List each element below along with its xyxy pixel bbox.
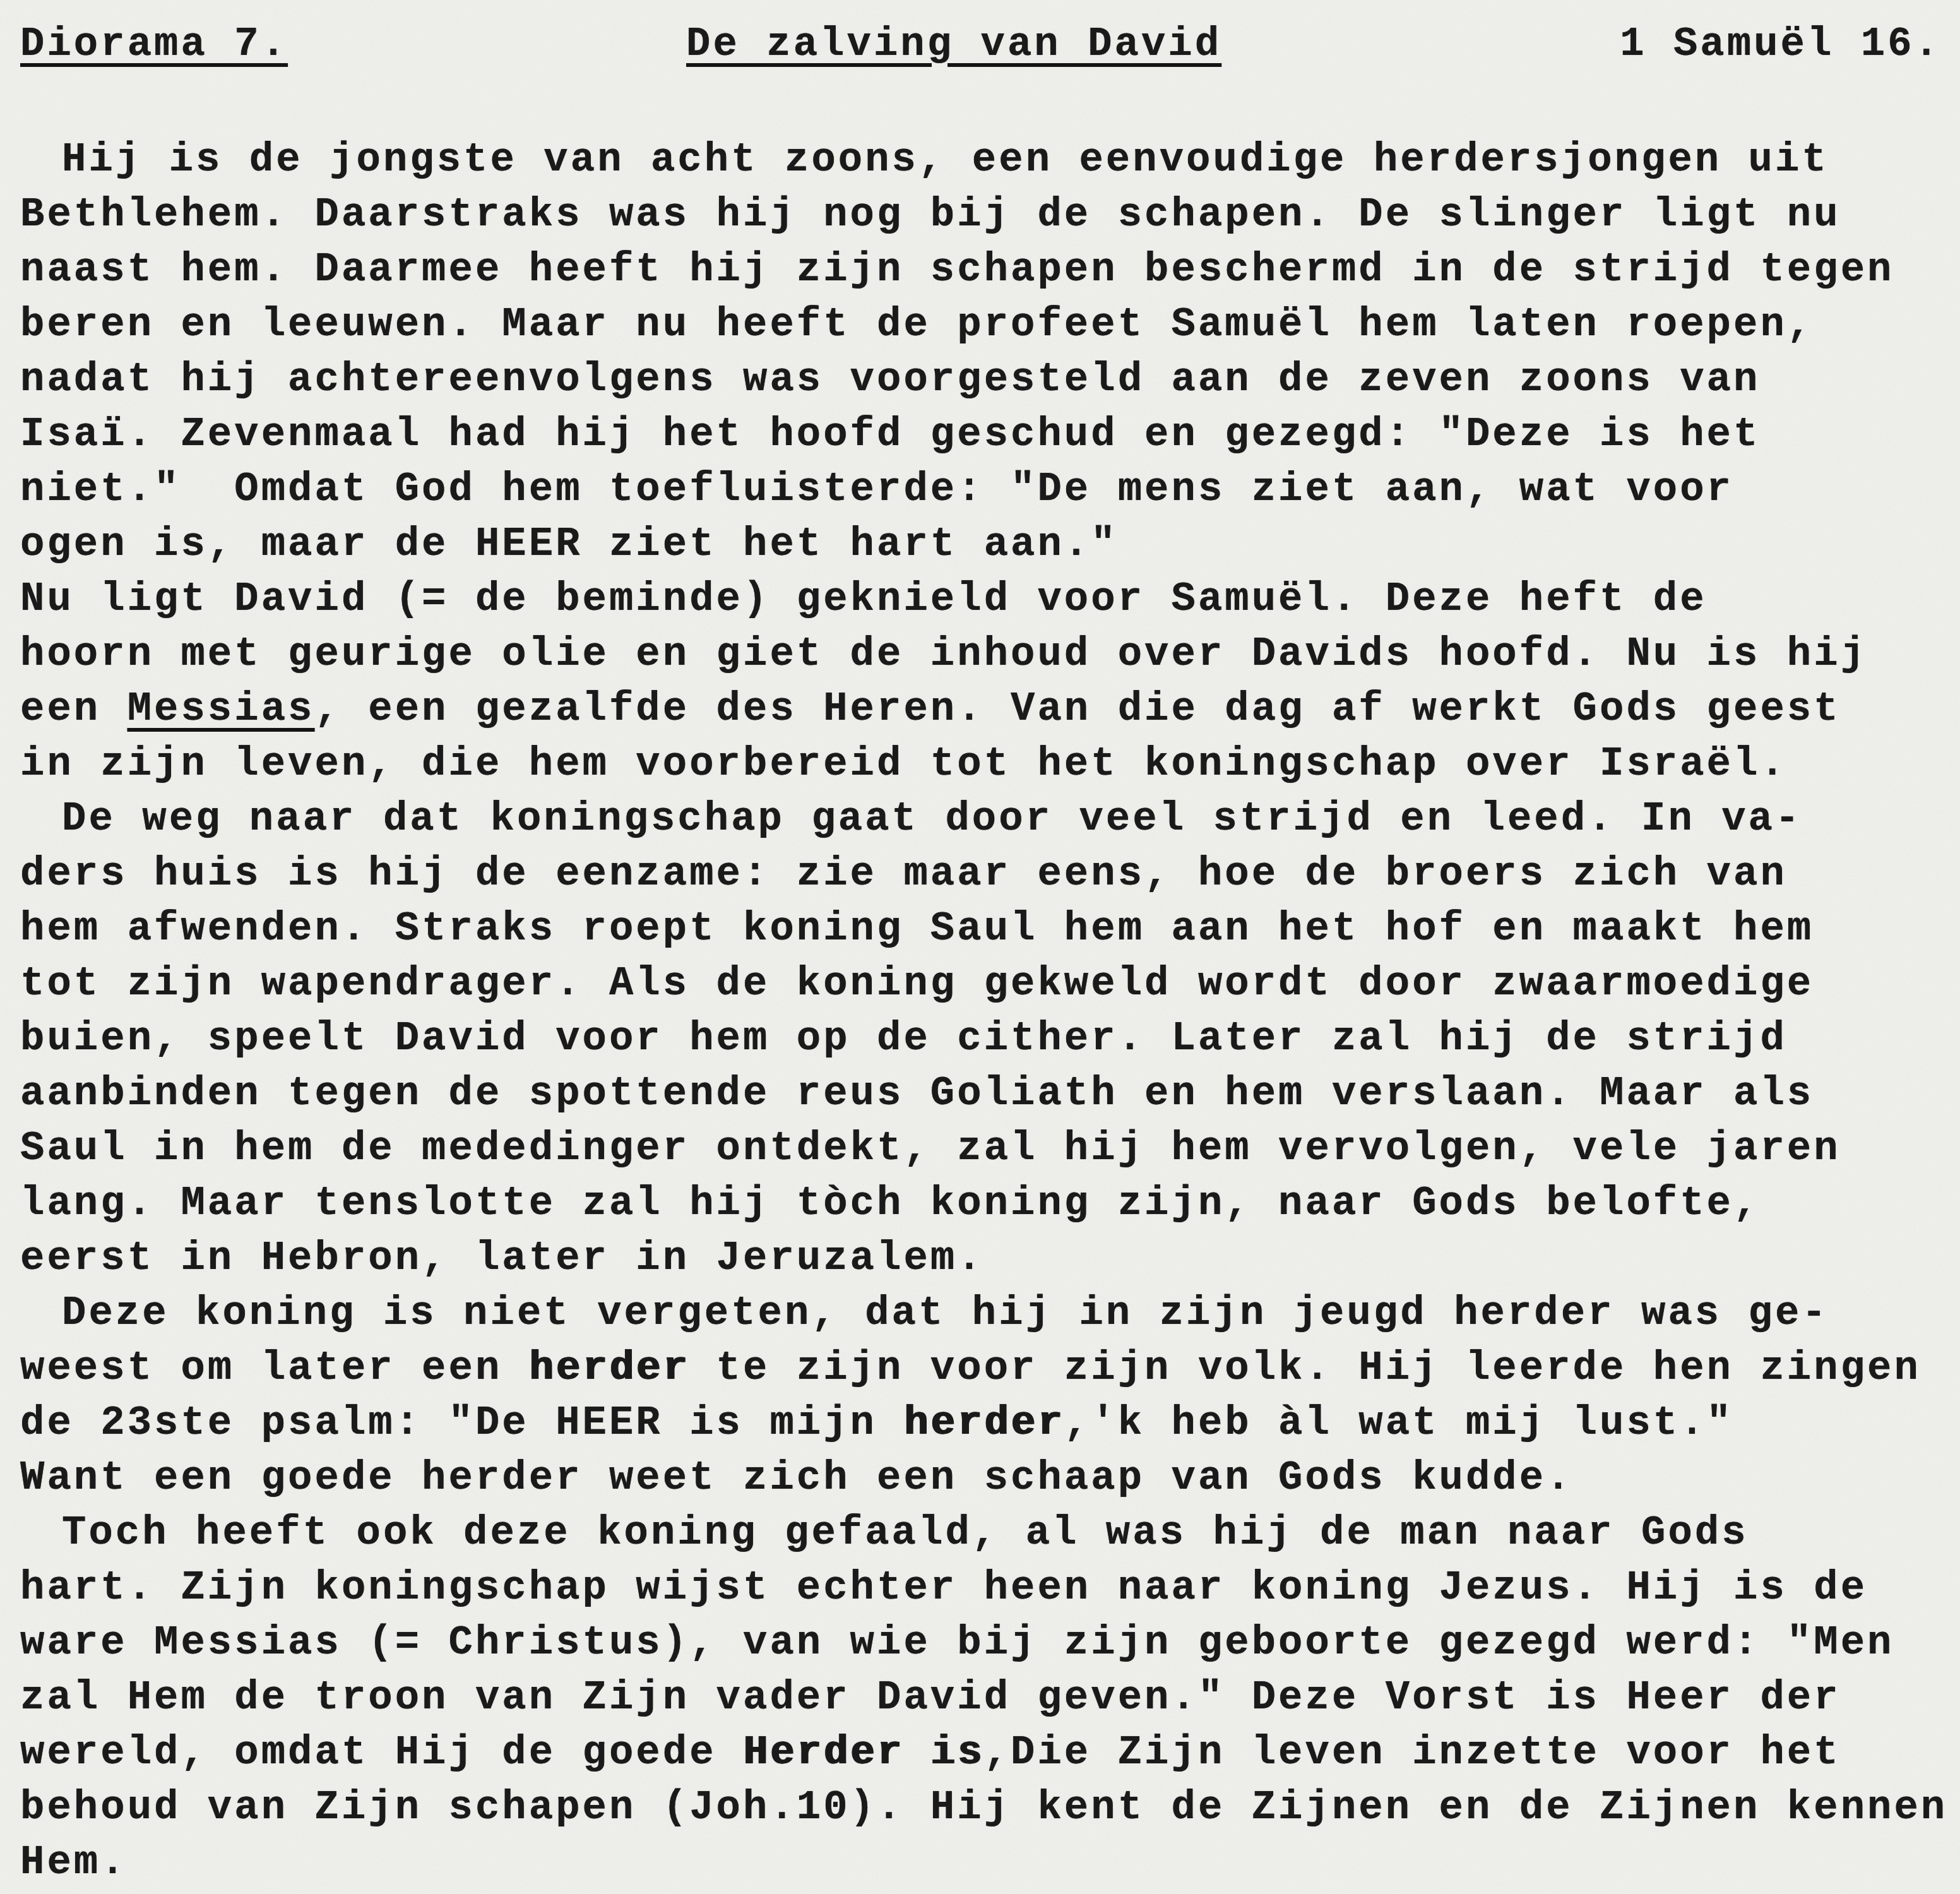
text-segment: lang. Maar tenslotte zal hij tòch koning… [20, 1181, 1760, 1227]
text-segment: Nu ligt David (= de beminde) geknield vo… [20, 577, 1707, 622]
text-segment: aanbinden tegen de spottende reus Goliat… [20, 1071, 1814, 1117]
text-line: Nu ligt David (= de beminde) geknield vo… [20, 573, 1941, 628]
text-segment: zal Hem de troon van Zijn vader David ge… [20, 1676, 1841, 1721]
text-segment: behoud van Zijn schapen (Joh.10). Hij ke… [20, 1785, 1947, 1831]
text-segment: wereld, omdat Hij de goede [20, 1730, 743, 1776]
text-line: weest om later een herder te zijn voor z… [20, 1342, 1941, 1397]
text-line: Saul in hem de mededinger ontdekt, zal h… [20, 1122, 1941, 1177]
text-segment: ,Die Zijn leven inzette voor het [984, 1730, 1841, 1776]
document-body: Hij is de jongste van acht zoons, een ee… [20, 133, 1941, 1891]
text-line: De weg naar dat koningschap gaat door ve… [20, 792, 1941, 847]
text-segment: Isaï. Zevenmaal had hij het hoofd geschu… [20, 412, 1760, 458]
paragraph: De weg naar dat koningschap gaat door ve… [20, 792, 1941, 1287]
text-segment: de 23ste psalm: "De HEER is mijn [20, 1401, 903, 1446]
text-line: buien, speelt David voor hem op de cithe… [20, 1012, 1941, 1067]
text-line: Want een goede herder weet zich een scha… [20, 1451, 1941, 1506]
text-line: tot zijn wapendrager. Als de koning gekw… [20, 957, 1941, 1012]
text-line: Hem. [20, 1836, 1941, 1891]
text-line: de 23ste psalm: "De HEER is mijn herder,… [20, 1397, 1941, 1451]
text-line: behoud van Zijn schapen (Joh.10). Hij ke… [20, 1781, 1941, 1836]
text-line: Isaï. Zevenmaal had hij het hoofd geschu… [20, 408, 1941, 463]
text-line: in zijn leven, die hem voorbereid tot he… [20, 737, 1941, 792]
paragraph: Hij is de jongste van acht zoons, een ee… [20, 133, 1941, 792]
bold-text: herder [529, 1346, 689, 1391]
text-line: nadat hij achtereenvolgens was voorgeste… [20, 353, 1941, 408]
text-segment: Hem. [20, 1840, 128, 1886]
text-segment: Want een goede herder weet zich een scha… [20, 1456, 1573, 1501]
text-line: ware Messias (= Christus), van wie bij z… [20, 1616, 1941, 1671]
text-segment: buien, speelt David voor hem op de cithe… [20, 1016, 1787, 1062]
text-segment: hart. Zijn koningschap wijst echter heen… [20, 1566, 1867, 1611]
text-segment: ders huis is hij de eenzame: zie maar ee… [20, 852, 1787, 897]
text-segment: Deze koning is niet vergeten, dat hij in… [62, 1291, 1829, 1337]
text-line: ders huis is hij de eenzame: zie maar ee… [20, 847, 1941, 902]
text-line: naast hem. Daarmee heeft hij zijn schape… [20, 243, 1941, 298]
bold-text: Herder is [743, 1730, 984, 1776]
paragraph: Toch heeft ook deze koning gefaald, al w… [20, 1506, 1941, 1891]
text-segment: beren en leeuwen. Maar nu heeft de profe… [20, 302, 1814, 348]
text-segment: te zijn voor zijn volk. Hij leerde hen z… [689, 1346, 1921, 1391]
text-segment: Bethlehem. Daarstraks was hij nog bij de… [20, 193, 1841, 238]
text-line: niet." Omdat God hem toefluisterde: "De … [20, 463, 1941, 518]
text-segment: ,'k heb àl wat mij lust." [1064, 1401, 1733, 1446]
text-segment: hem afwenden. Straks roept koning Saul h… [20, 907, 1814, 952]
underlined-text: Messias [128, 687, 315, 732]
text-line: hoorn met geurige olie en giet de inhoud… [20, 628, 1941, 682]
text-segment: eerst in Hebron, later in Jeruzalem. [20, 1236, 984, 1282]
page-inner: Diorama 7. De zalving van David 1 Samuël… [0, 0, 1960, 1891]
document-page: Diorama 7. De zalving van David 1 Samuël… [0, 0, 1960, 1894]
text-segment: ware Messias (= Christus), van wie bij z… [20, 1621, 1894, 1666]
text-line: een Messias, een gezalfde des Heren. Van… [20, 682, 1941, 737]
document-title: De zalving van David [686, 18, 1221, 73]
text-line: Deze koning is niet vergeten, dat hij in… [20, 1287, 1941, 1342]
text-line: Toch heeft ook deze koning gefaald, al w… [20, 1506, 1941, 1561]
text-line: hart. Zijn koningschap wijst echter heen… [20, 1561, 1941, 1616]
text-segment: hoorn met geurige olie en giet de inhoud… [20, 632, 1867, 677]
text-line: aanbinden tegen de spottende reus Goliat… [20, 1067, 1941, 1122]
text-line: Hij is de jongste van acht zoons, een ee… [20, 133, 1941, 188]
text-line: zal Hem de troon van Zijn vader David ge… [20, 1671, 1941, 1726]
paragraph: Deze koning is niet vergeten, dat hij in… [20, 1287, 1941, 1506]
text-line: hem afwenden. Straks roept koning Saul h… [20, 902, 1941, 957]
text-line: ogen is, maar de HEER ziet het hart aan.… [20, 518, 1941, 573]
text-line: wereld, omdat Hij de goede Herder is,Die… [20, 1726, 1941, 1781]
text-line: lang. Maar tenslotte zal hij tòch koning… [20, 1177, 1941, 1232]
text-segment: nadat hij achtereenvolgens was voorgeste… [20, 357, 1760, 403]
text-segment: tot zijn wapendrager. Als de koning gekw… [20, 962, 1814, 1007]
text-segment: in zijn leven, die hem voorbereid tot he… [20, 742, 1787, 787]
text-line: beren en leeuwen. Maar nu heeft de profe… [20, 298, 1941, 353]
text-segment: Toch heeft ook deze koning gefaald, al w… [62, 1511, 1749, 1556]
scripture-reference: 1 Samuël 16. [1620, 18, 1941, 73]
text-line: Bethlehem. Daarstraks was hij nog bij de… [20, 188, 1941, 243]
bold-text: herder [903, 1401, 1064, 1446]
diorama-number: Diorama 7. [20, 18, 288, 73]
text-segment: ogen is, maar de HEER ziet het hart aan.… [20, 522, 1118, 568]
text-segment: een [20, 687, 128, 732]
text-segment: , een gezalfde des Heren. Van die dag af… [314, 687, 1840, 732]
text-line: eerst in Hebron, later in Jeruzalem. [20, 1232, 1941, 1287]
text-segment: De weg naar dat koningschap gaat door ve… [62, 797, 1802, 842]
text-segment: weest om later een [20, 1346, 529, 1391]
text-segment: naast hem. Daarmee heeft hij zijn schape… [20, 247, 1894, 293]
document-header: Diorama 7. De zalving van David 1 Samuël… [20, 18, 1941, 73]
text-segment: Saul in hem de mededinger ontdekt, zal h… [20, 1126, 1841, 1172]
text-segment: Hij is de jongste van acht zoons, een ee… [62, 138, 1829, 183]
text-segment: niet." Omdat God hem toefluisterde: "De … [20, 467, 1733, 513]
